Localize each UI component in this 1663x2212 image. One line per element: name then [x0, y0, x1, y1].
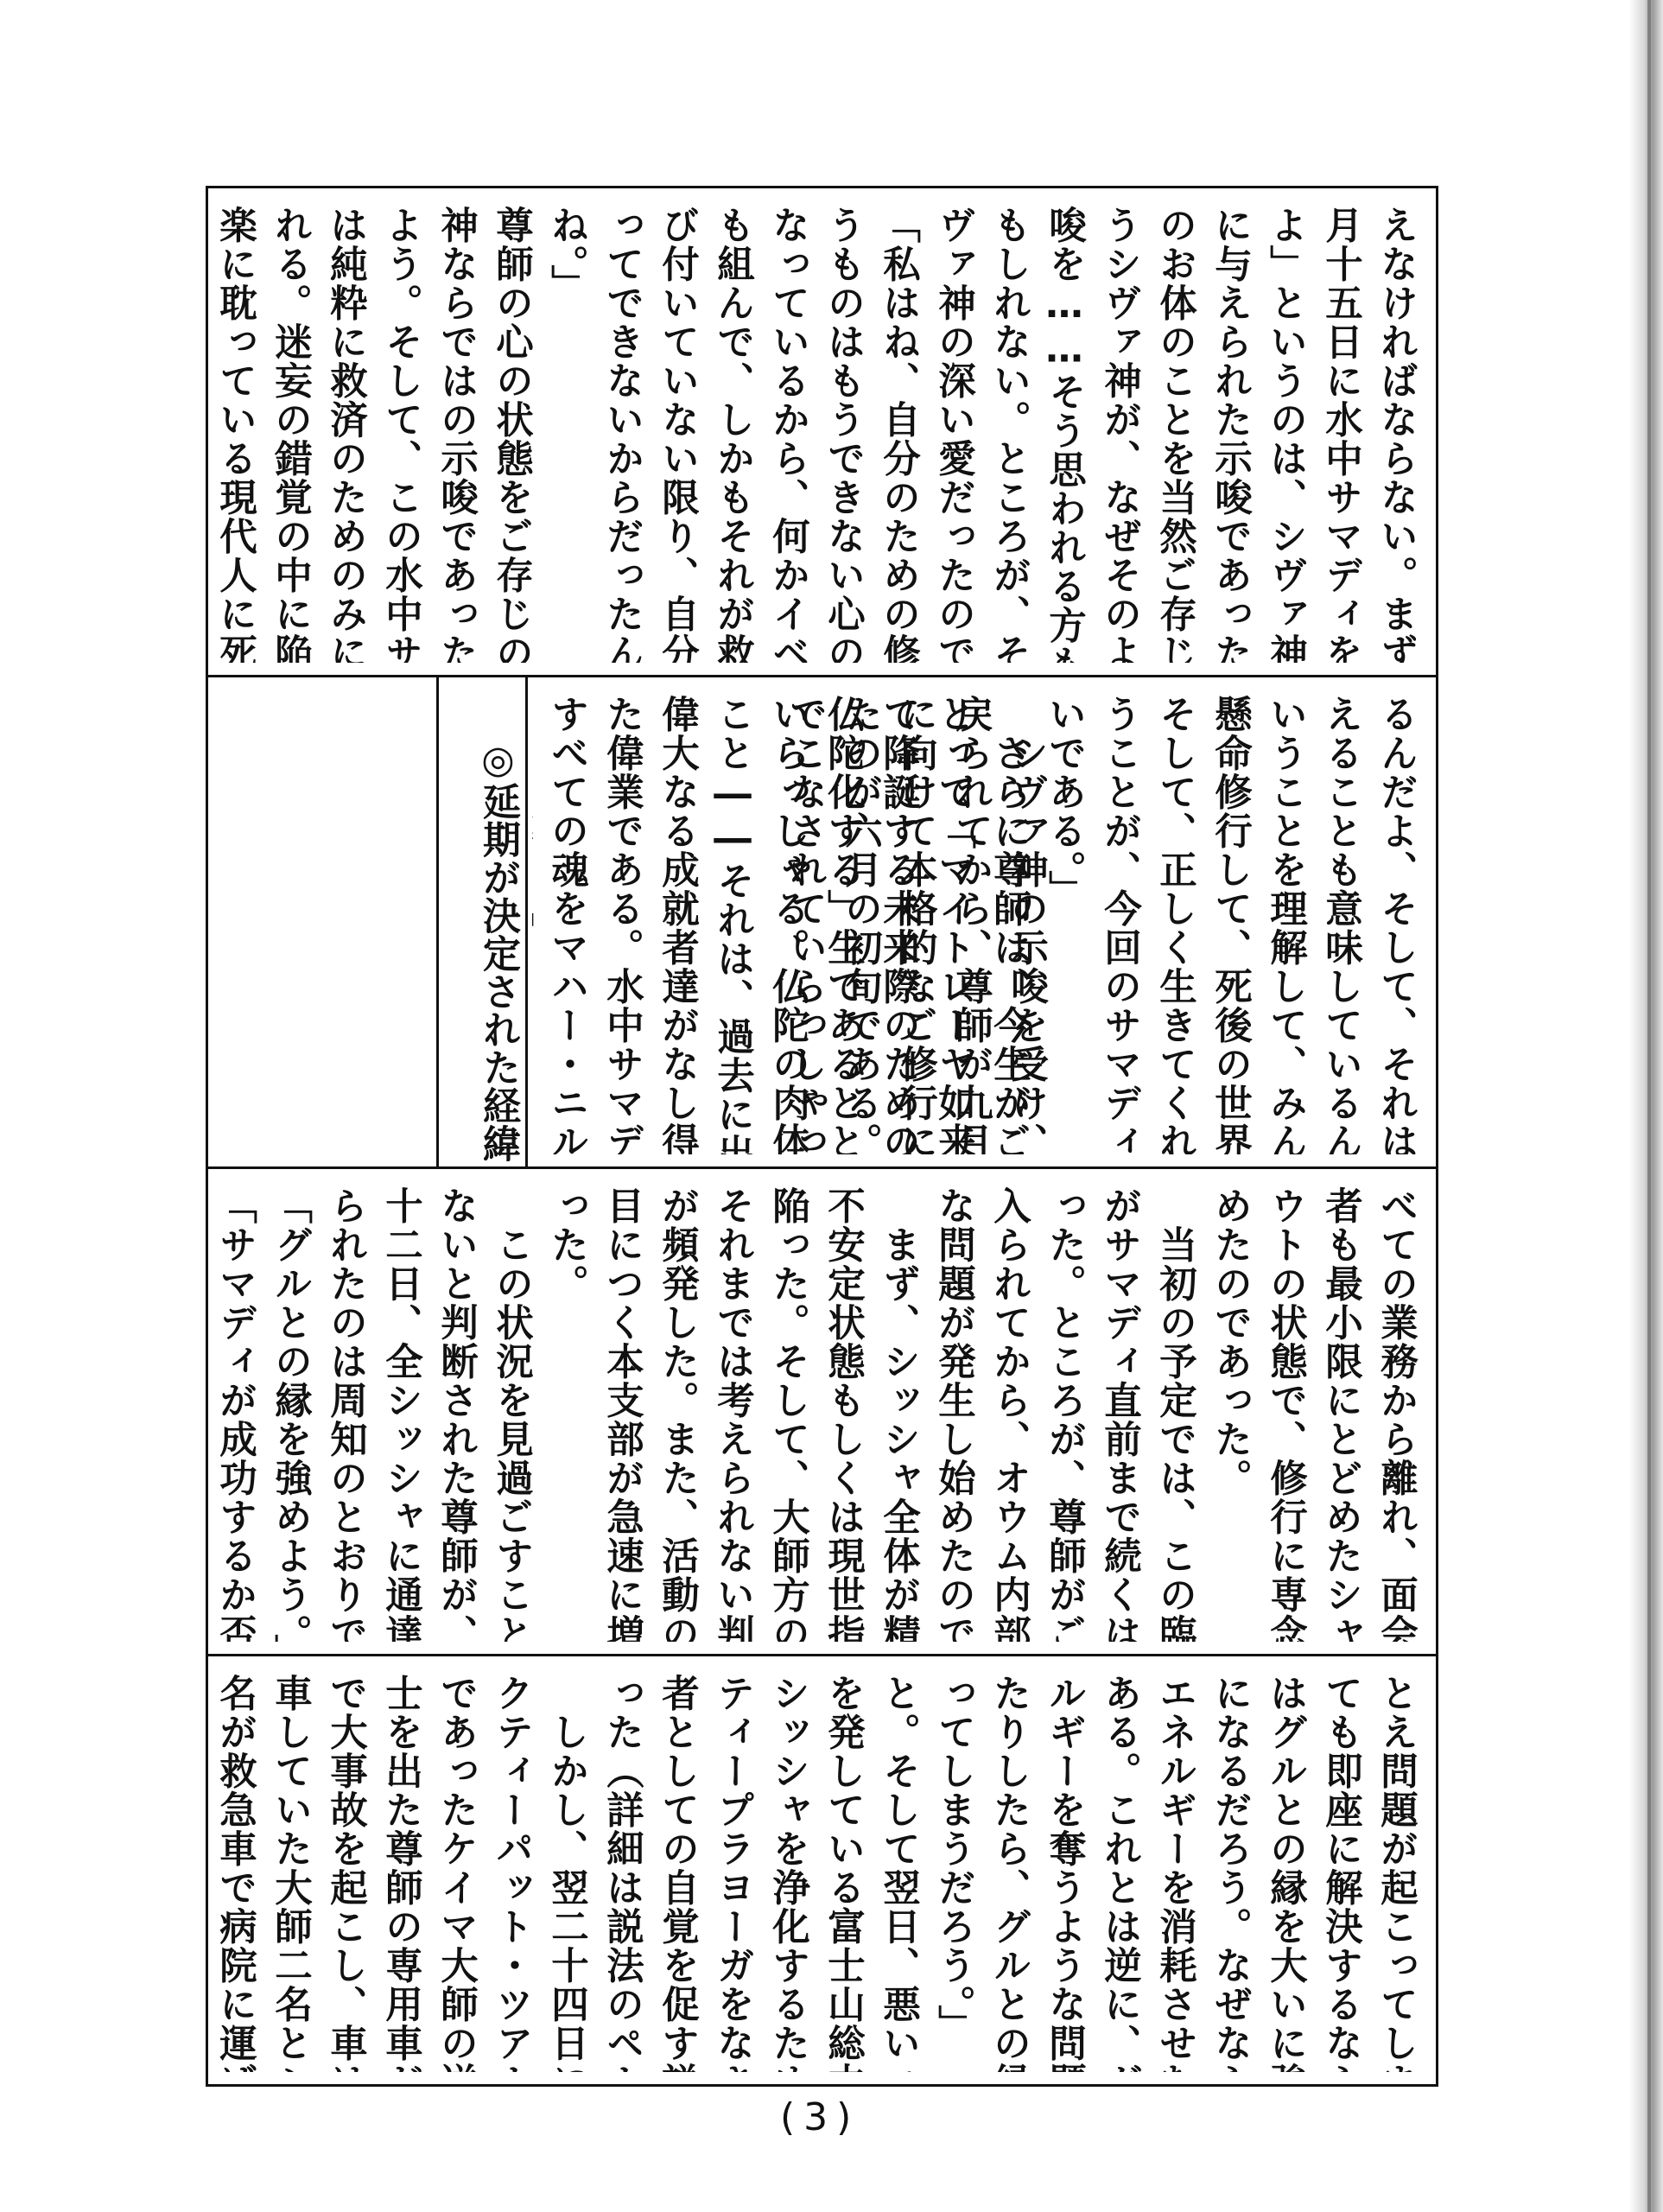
page-edge-shadow: [1628, 0, 1663, 2212]
tier-2: るんだよ、そして、それは死を超 えることも意味しているんだよと いうことを理解し…: [208, 675, 1436, 1166]
tier-1: えなければならない。まず、「九 月十五日に水中サマディを決行せ よ」というのは、…: [208, 188, 1436, 675]
tier-2-left-text: シヴァ神の示唆を受け、日本に 戻られてから、尊師が九月十五日 に向けて本格的なご…: [215, 695, 1109, 1154]
page-number: (3): [780, 2095, 860, 2139]
tier-1-text: えなければならない。まず、「九 月十五日に水中サマディを決行せ よ」というのは、…: [215, 206, 1424, 663]
tier-3-text: べての業務から離れ、面会できる 者も最小限にとどめたシャットア ウトの状態で、修…: [215, 1186, 1424, 1642]
page-edge-line: [1647, 0, 1651, 2212]
article-frame: えなければならない。まず、「九 月十五日に水中サマディを決行せ よ」というのは、…: [206, 186, 1438, 2087]
tier-3: べての業務から離れ、面会できる 者も最小限にとどめたシャットア ウトの状態で、修…: [208, 1166, 1436, 1654]
tier-4-text: とえ問題が起こってしまったとし ても即座に解決するならば、それ はグルとの縁を大…: [215, 1674, 1424, 2072]
tier-4: とえ問題が起こってしまったとし ても即座に解決するならば、それ はグルとの縁を大…: [208, 1654, 1436, 2084]
